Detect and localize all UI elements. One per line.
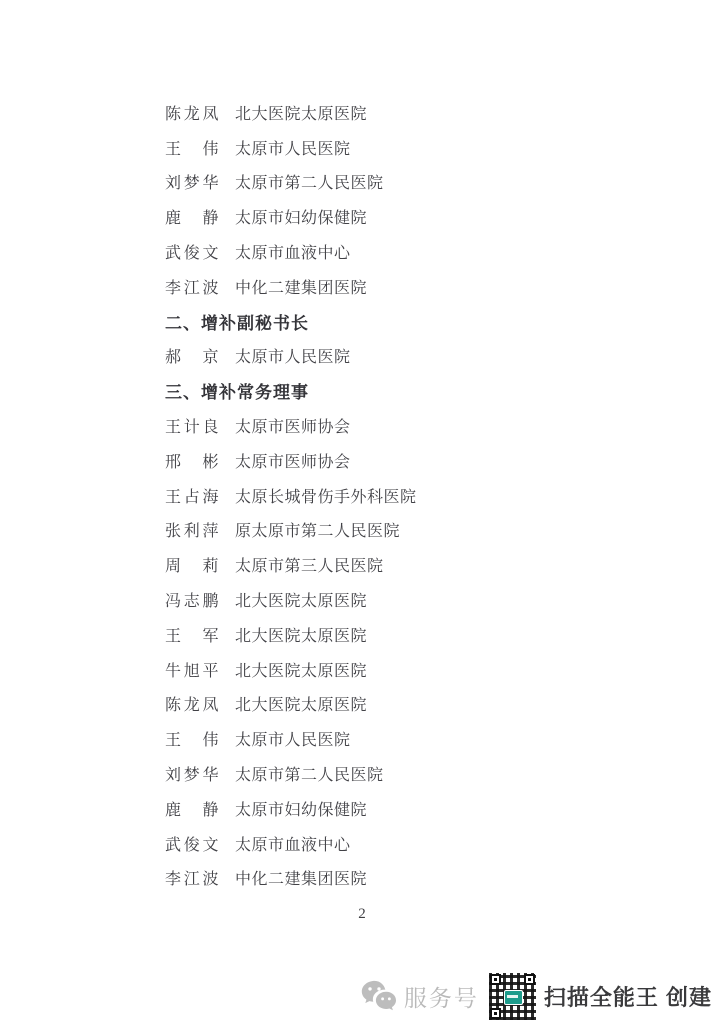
list-item: 王 伟 太原市人民医院	[165, 721, 605, 756]
list-item: 陈龙凤 北大医院太原医院	[165, 687, 605, 722]
member-org: 太原市人民医院	[235, 344, 351, 367]
member-name: 周 莉	[165, 553, 219, 576]
member-org: 太原市第二人民医院	[235, 170, 384, 193]
scan-footer: 服务号 扫描全能王 创建	[0, 968, 724, 1024]
list-item: 刘梦华 太原市第二人民医院	[165, 756, 605, 791]
member-org: 中化二建集团医院	[235, 275, 367, 298]
member-org: 太原市人民医院	[235, 136, 351, 159]
member-name: 刘梦华	[165, 762, 219, 785]
member-org: 太原市第三人民医院	[235, 553, 384, 576]
member-org: 中化二建集团医院	[235, 866, 367, 889]
member-name: 王占海	[165, 484, 219, 507]
camscanner-watermark: 扫描全能王 创建	[544, 981, 712, 1012]
list-item: 刘梦华 太原市第二人民医院	[165, 165, 605, 200]
member-org: 太原市第二人民医院	[235, 762, 384, 785]
member-name: 李江波	[165, 275, 219, 298]
qr-finder-icon	[490, 974, 501, 985]
section-heading-standing-directors: 三、增补常务理事	[165, 373, 605, 408]
member-name: 王 伟	[165, 136, 219, 159]
member-org: 原太原市第二人民医院	[235, 518, 400, 541]
list-item: 鹿 静 太原市妇幼保健院	[165, 791, 605, 826]
member-org: 太原市血液中心	[235, 240, 351, 263]
list-item: 鹿 静 太原市妇幼保健院	[165, 199, 605, 234]
member-org: 北大医院太原医院	[235, 101, 367, 124]
list-item: 冯志鹏 北大医院太原医院	[165, 582, 605, 617]
member-name: 郝 京	[165, 344, 219, 367]
qr-finder-icon	[524, 974, 535, 985]
member-org: 太原市血液中心	[235, 832, 351, 855]
member-org: 太原长城骨伤手外科医院	[235, 484, 417, 507]
list-item: 郝 京 太原市人民医院	[165, 339, 605, 374]
member-name: 王计良	[165, 414, 219, 437]
member-list: 陈龙凤 北大医院太原医院 王 伟 太原市人民医院 刘梦华 太原市第二人民医院 鹿…	[165, 95, 605, 895]
member-name: 陈龙凤	[165, 692, 219, 715]
qr-code	[489, 973, 536, 1020]
member-name: 李江波	[165, 866, 219, 889]
wechat-icon	[360, 979, 398, 1013]
member-org: 北大医院太原医院	[235, 692, 367, 715]
member-org: 太原市人民医院	[235, 727, 351, 750]
member-name: 王 伟	[165, 727, 219, 750]
list-item: 李江波 中化二建集团医院	[165, 269, 605, 304]
section-heading-deputy-secretary: 二、增补副秘书长	[165, 304, 605, 339]
member-org: 太原市医师协会	[235, 449, 351, 472]
wechat-service-label: 服务号	[404, 980, 479, 1013]
list-item: 王计良 太原市医师协会	[165, 408, 605, 443]
member-name: 张利萍	[165, 518, 219, 541]
member-org: 太原市妇幼保健院	[235, 797, 367, 820]
camscanner-logo-icon	[504, 990, 523, 1005]
member-name: 牛旭平	[165, 658, 219, 681]
page-number: 2	[0, 906, 724, 923]
qr-finder-icon	[490, 1008, 501, 1019]
member-org: 北大医院太原医院	[235, 588, 367, 611]
member-org: 太原市妇幼保健院	[235, 205, 367, 228]
member-name: 王 军	[165, 623, 219, 646]
list-item: 王占海 太原长城骨伤手外科医院	[165, 478, 605, 513]
member-name: 鹿 静	[165, 205, 219, 228]
list-item: 武俊文 太原市血液中心	[165, 826, 605, 861]
list-item: 王 军 北大医院太原医院	[165, 617, 605, 652]
member-name: 冯志鹏	[165, 588, 219, 611]
list-item: 周 莉 太原市第三人民医院	[165, 547, 605, 582]
list-item: 陈龙凤 北大医院太原医院	[165, 95, 605, 130]
list-item: 王 伟 太原市人民医院	[165, 130, 605, 165]
document-page: 陈龙凤 北大医院太原医院 王 伟 太原市人民医院 刘梦华 太原市第二人民医院 鹿…	[0, 0, 724, 1024]
member-org: 太原市医师协会	[235, 414, 351, 437]
member-name: 武俊文	[165, 240, 219, 263]
member-org: 北大医院太原医院	[235, 658, 367, 681]
member-name: 鹿 静	[165, 797, 219, 820]
member-org: 北大医院太原医院	[235, 623, 367, 646]
list-item: 武俊文 太原市血液中心	[165, 234, 605, 269]
list-item: 张利萍 原太原市第二人民医院	[165, 513, 605, 548]
member-name: 武俊文	[165, 832, 219, 855]
list-item: 邢 彬 太原市医师协会	[165, 443, 605, 478]
member-name: 陈龙凤	[165, 101, 219, 124]
list-item: 牛旭平 北大医院太原医院	[165, 652, 605, 687]
list-item: 李江波 中化二建集团医院	[165, 861, 605, 896]
member-name: 刘梦华	[165, 170, 219, 193]
member-name: 邢 彬	[165, 449, 219, 472]
